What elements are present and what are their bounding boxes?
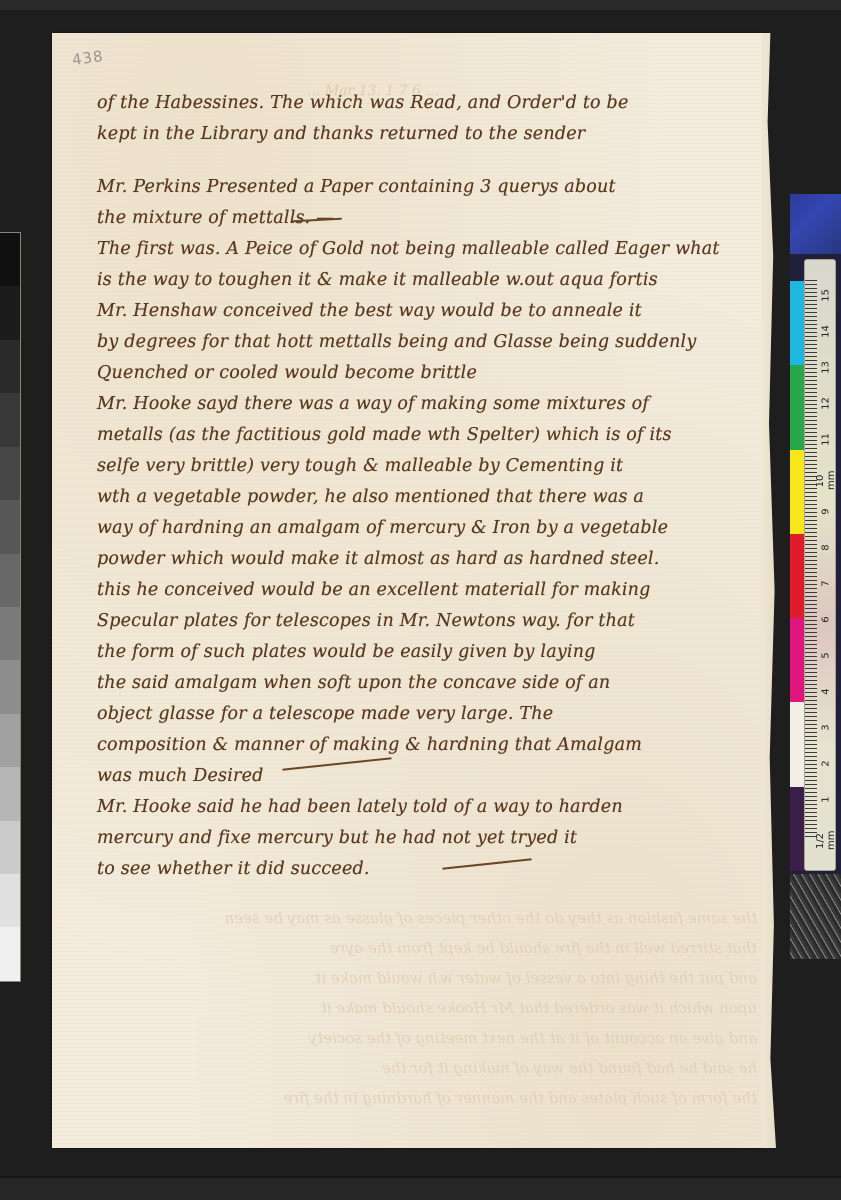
manuscript-line: Mr. Hooke said he had been lately told o…	[97, 792, 777, 823]
manuscript-line: Quenched or cooled would become brittle	[97, 358, 777, 389]
ruler-number: 6	[821, 611, 832, 629]
grey-patch	[0, 874, 20, 927]
ruler-number: 13	[821, 359, 832, 377]
scanner-top-band	[0, 0, 841, 10]
manuscript-line: is the way to toughen it & make it malle…	[97, 265, 777, 296]
grey-scale-calibration-strip	[0, 232, 21, 982]
grey-patch	[0, 767, 20, 820]
manuscript-line: to see whether it did succeed.	[97, 854, 777, 885]
mm-ruler: 151413121110 mm9876543211/2 mm	[804, 259, 836, 871]
manuscript-line: by degrees for that hott mettalls being …	[97, 327, 777, 358]
manuscript-text: of the Habessines. The which was Read, a…	[97, 88, 777, 885]
manuscript-line: of the Habessines. The which was Read, a…	[97, 88, 777, 119]
ruler-number: 1/2 mm	[815, 832, 837, 850]
manuscript-line: the form of such plates would be easily …	[97, 637, 777, 668]
manuscript-line: Mr. Perkins Presented a Paper containing…	[97, 172, 777, 203]
ruler-number: 9	[821, 503, 832, 521]
color-ruler-scale: 151413121110 mm9876543211/2 mm	[790, 194, 841, 959]
manuscript-line: this he conceived would be an excellent …	[97, 575, 777, 606]
show-through-text: the same fashion as they do the other pi…	[97, 903, 757, 1113]
color-patch	[790, 281, 804, 365]
manuscript-line: object glasse for a telescope made very …	[97, 699, 777, 730]
color-patch	[790, 450, 804, 534]
scanner-bottom-band	[0, 1176, 841, 1200]
ruler-number: 11	[821, 431, 832, 449]
manuscript-line: the said amalgam when soft upon the conc…	[97, 668, 777, 699]
manuscript-page: 438 ... Mar 13. 1 7 6 ... of the Habessi…	[52, 33, 764, 1148]
color-patch	[790, 702, 804, 786]
ruler-number: 10 mm	[815, 472, 837, 490]
manuscript-line: composition & manner of making & hardnin…	[97, 730, 777, 761]
ruler-bottom-pattern	[790, 874, 841, 959]
color-patch	[790, 787, 804, 871]
manuscript-line: powder which would make it almost as har…	[97, 544, 777, 575]
grey-patch	[0, 233, 20, 286]
ruler-number: 14	[821, 323, 832, 341]
grey-patch	[0, 607, 20, 660]
manuscript-line: kept in the Library and thanks returned …	[97, 119, 777, 150]
color-patch	[790, 618, 804, 702]
ruler-number: 1	[821, 791, 832, 809]
color-calibration-bars	[790, 281, 804, 871]
grey-patch	[0, 447, 20, 500]
color-patch	[790, 534, 804, 618]
ruler-number: 15	[821, 287, 832, 305]
manuscript-line: metalls (as the factitious gold made wth…	[97, 420, 777, 451]
manuscript-line: Mr. Hooke sayd there was a way of making…	[97, 389, 777, 420]
grey-patch	[0, 714, 20, 767]
grey-patch	[0, 660, 20, 713]
manuscript-line: The first was. A Peice of Gold not being…	[97, 234, 777, 265]
ruler-number: 12	[821, 395, 832, 413]
color-patch	[790, 365, 804, 449]
ruler-number: 8	[821, 539, 832, 557]
manuscript-line: Specular plates for telescopes in Mr. Ne…	[97, 606, 777, 637]
ruler-number: 3	[821, 719, 832, 737]
grey-patch	[0, 821, 20, 874]
manuscript-line: mercury and fixe mercury but he had not …	[97, 823, 777, 854]
manuscript-line: the mixture of mettalls. —	[97, 203, 777, 234]
folio-number: 438	[71, 47, 105, 69]
ruler-ticks	[805, 280, 817, 840]
ruler-number: 7	[821, 575, 832, 593]
manuscript-line: was much Desired	[97, 761, 777, 792]
ruler-number: 2	[821, 755, 832, 773]
manuscript-line: Mr. Henshaw conceived the best way would…	[97, 296, 777, 327]
manuscript-line: way of hardning an amalgam of mercury & …	[97, 513, 777, 544]
grey-patch	[0, 500, 20, 553]
ruler-number: 4	[821, 683, 832, 701]
ruler-top-pattern	[790, 194, 841, 254]
manuscript-line: wth a vegetable powder, he also mentione…	[97, 482, 777, 513]
manuscript-line: selfe very brittle) very tough & malleab…	[97, 451, 777, 482]
grey-patch	[0, 340, 20, 393]
ruler-number: 5	[821, 647, 832, 665]
grey-patch	[0, 554, 20, 607]
grey-patch	[0, 286, 20, 339]
grey-patch	[0, 393, 20, 446]
paragraph-gap	[97, 150, 777, 172]
grey-patch	[0, 927, 20, 980]
